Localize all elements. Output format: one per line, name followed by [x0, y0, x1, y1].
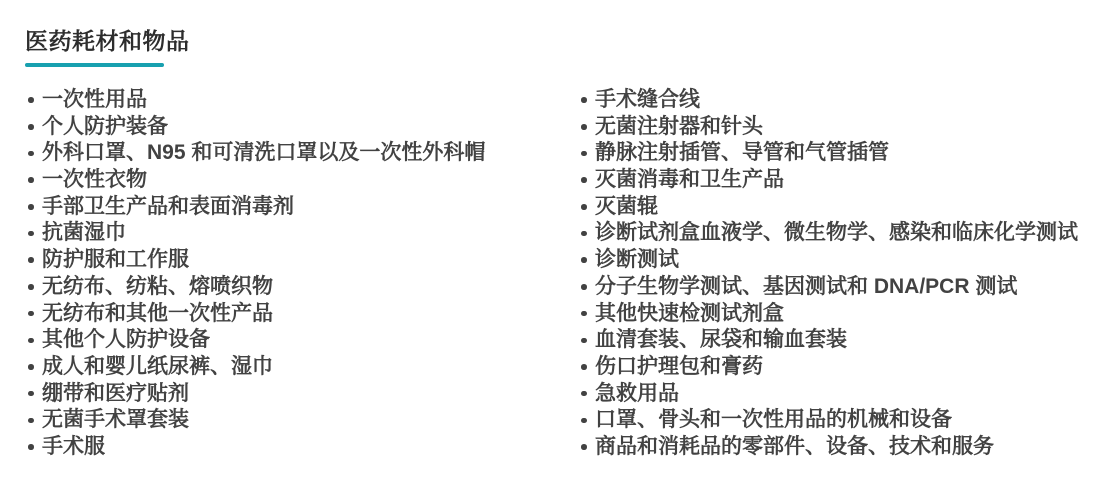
bullet-icon	[581, 444, 587, 450]
list-item-label: 一次性用品	[42, 87, 147, 114]
list-item-label: 其他快速检测试剂盒	[595, 301, 784, 328]
title-underline	[25, 63, 164, 67]
page: 医药耗材和物品 一次性用品 个人防护装备 外科口罩、N95 和可清洗口罩以及一次…	[0, 0, 1100, 489]
list-item: 静脉注射插管、导管和气管插管	[578, 140, 1085, 167]
list-item-label: 静脉注射插管、导管和气管插管	[595, 140, 889, 167]
list-item-label: 口罩、骨头和一次性用品的机械和设备	[595, 407, 952, 434]
page-title: 医药耗材和物品	[25, 27, 1085, 55]
list-item: 伤口护理包和膏药	[578, 354, 1085, 381]
list-item: 一次性用品	[25, 87, 578, 114]
list-item: 诊断试剂盒血液学、微生物学、感染和临床化学测试	[578, 220, 1085, 247]
list-item: 无纺布和其他一次性产品	[25, 301, 578, 328]
list-item: 抗菌湿巾	[25, 220, 578, 247]
bullet-icon	[581, 231, 587, 237]
bullet-icon	[28, 418, 34, 424]
list-item-label: 个人防护装备	[42, 114, 168, 141]
list-item: 一次性衣物	[25, 167, 578, 194]
list-item-label: 防护服和工作服	[42, 247, 189, 274]
list-item: 分子生物学测试、基因测试和 DNA/PCR 测试	[578, 274, 1085, 301]
bullet-icon	[581, 177, 587, 183]
list-item: 其他个人防护设备	[25, 327, 578, 354]
list-item-label: 血清套装、尿袋和输血套装	[595, 327, 847, 354]
list-item-label: 无菌注射器和针头	[595, 114, 763, 141]
list-item: 成人和婴儿纸尿裤、湿巾	[25, 354, 578, 381]
bullet-icon	[581, 338, 587, 344]
bullet-icon	[581, 204, 587, 210]
list-item-label: 灭菌消毒和卫生产品	[595, 167, 784, 194]
list-item-label: 诊断测试	[595, 247, 679, 274]
list-item-label: 无纺布和其他一次性产品	[42, 301, 273, 328]
list-item: 无纺布、纺粘、熔喷织物	[25, 274, 578, 301]
list-item-label: 其他个人防护设备	[42, 327, 210, 354]
bullet-icon	[28, 364, 34, 370]
bullet-icon	[581, 257, 587, 263]
list-item: 防护服和工作服	[25, 247, 578, 274]
bullet-icon	[581, 97, 587, 103]
list-item: 手部卫生产品和表面消毒剂	[25, 194, 578, 221]
list-item-label: 分子生物学测试、基因测试和 DNA/PCR 测试	[595, 274, 1017, 301]
list-item-label: 灭菌辊	[595, 194, 658, 221]
list-item-label: 手术服	[42, 434, 105, 461]
list-item-label: 手部卫生产品和表面消毒剂	[42, 194, 294, 221]
list-item-label: 商品和消耗品的零部件、设备、技术和服务	[595, 434, 994, 461]
list-item: 口罩、骨头和一次性用品的机械和设备	[578, 407, 1085, 434]
list-item-label: 伤口护理包和膏药	[595, 354, 763, 381]
bullet-icon	[28, 338, 34, 344]
list-item-label: 急救用品	[595, 381, 679, 408]
category-list-right: 手术缝合线 无菌注射器和针头 静脉注射插管、导管和气管插管 灭菌消毒和卫生产品 …	[578, 87, 1085, 461]
list-item-label: 一次性衣物	[42, 167, 147, 194]
bullet-icon	[581, 124, 587, 130]
list-item: 灭菌辊	[578, 194, 1085, 221]
list-item-label: 绷带和医疗贴剂	[42, 381, 189, 408]
list-item: 诊断测试	[578, 247, 1085, 274]
list-item: 其他快速检测试剂盒	[578, 301, 1085, 328]
list-item: 外科口罩、N95 和可清洗口罩以及一次性外科帽	[25, 140, 578, 167]
list-item-label: 无纺布、纺粘、熔喷织物	[42, 274, 273, 301]
list-item: 无菌注射器和针头	[578, 114, 1085, 141]
list-item: 个人防护装备	[25, 114, 578, 141]
bullet-icon	[28, 204, 34, 210]
bullet-icon	[28, 124, 34, 130]
list-item-label: 诊断试剂盒血液学、微生物学、感染和临床化学测试	[595, 220, 1078, 247]
list-item: 绷带和医疗贴剂	[25, 381, 578, 408]
bullet-icon	[28, 257, 34, 263]
list-item-label: 成人和婴儿纸尿裤、湿巾	[42, 354, 273, 381]
bullet-icon	[28, 177, 34, 183]
bullet-icon	[581, 284, 587, 290]
list-item-label: 外科口罩、N95 和可清洗口罩以及一次性外科帽	[42, 140, 485, 167]
bullet-icon	[28, 391, 34, 397]
bullet-icon	[581, 364, 587, 370]
bullet-icon	[28, 151, 34, 157]
category-list-left: 一次性用品 个人防护装备 外科口罩、N95 和可清洗口罩以及一次性外科帽 一次性…	[25, 87, 578, 461]
bullet-icon	[28, 231, 34, 237]
list-item-label: 抗菌湿巾	[42, 220, 126, 247]
list-item: 血清套装、尿袋和输血套装	[578, 327, 1085, 354]
list-item: 急救用品	[578, 381, 1085, 408]
list-item-label: 手术缝合线	[595, 87, 700, 114]
bullet-icon	[28, 444, 34, 450]
bullet-icon	[581, 391, 587, 397]
bullet-icon	[28, 284, 34, 290]
list-item: 灭菌消毒和卫生产品	[578, 167, 1085, 194]
list-item-label: 无菌手术罩套装	[42, 407, 189, 434]
bullet-icon	[581, 151, 587, 157]
list-item: 手术缝合线	[578, 87, 1085, 114]
category-lists: 一次性用品 个人防护装备 外科口罩、N95 和可清洗口罩以及一次性外科帽 一次性…	[25, 87, 1085, 461]
bullet-icon	[581, 311, 587, 317]
list-item: 无菌手术罩套装	[25, 407, 578, 434]
list-item: 手术服	[25, 434, 578, 461]
bullet-icon	[28, 311, 34, 317]
bullet-icon	[581, 418, 587, 424]
bullet-icon	[28, 97, 34, 103]
list-item: 商品和消耗品的零部件、设备、技术和服务	[578, 434, 1085, 461]
